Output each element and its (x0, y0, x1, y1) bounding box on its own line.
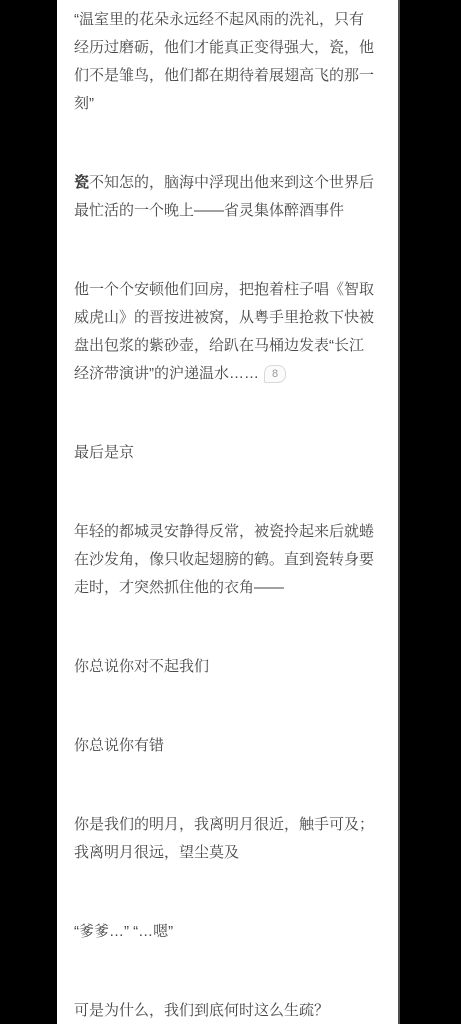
paragraph-text: 不知怎的，脑海中浮现出他来到这个世界后最忙活的一个晚上——省灵集体醉酒事件 (74, 174, 374, 219)
paragraph: 可是为什么，我们到底何时这么生疏？ (74, 997, 376, 1024)
paragraph-text: 年轻的都城灵安静得反常，被瓷拎起来后就蜷在沙发角，像只收起翅膀的鹤。直到瓷转身要… (74, 523, 374, 596)
paragraph-text: 你总说你对不起我们 (74, 658, 209, 675)
paragraph: “温室里的花朵永远经不起风雨的洗礼，只有经历过磨砺，他们才能真正变得强大，瓷，他… (74, 6, 376, 118)
paragraph: 你总说你对不起我们 (74, 653, 376, 681)
paragraph: 你总说你有错 (74, 732, 376, 760)
paragraph: 年轻的都城灵安静得反常，被瓷拎起来后就蜷在沙发角，像只收起翅膀的鹤。直到瓷转身要… (74, 518, 376, 602)
paragraph: 你是我们的明月，我离明月很近，触手可及；我离明月很远，望尘莫及 (74, 811, 376, 867)
paragraph: 他一个个安顿他们回房，把抱着柱子唱《智取威虎山》的晋按进被窝，从粤手里抢救下快被… (74, 276, 376, 388)
paragraph: 瓷不知怎的，脑海中浮现出他来到这个世界后最忙活的一个晚上——省灵集体醉酒事件 (74, 169, 376, 225)
paragraph-text: 可是为什么，我们到底何时这么生疏？ (74, 1002, 329, 1019)
paragraph-text: 你总说你有错 (74, 737, 164, 754)
paragraph-text: “爹爹…” “…嗯” (74, 923, 173, 940)
paragraph: 最后是京 (74, 439, 376, 467)
chapter-text: “温室里的花朵永远经不起风雨的洗礼，只有经历过磨砺，他们才能真正变得强大，瓷，他… (74, 6, 376, 1024)
bold-character-name: 瓷 (74, 174, 89, 191)
paragraph-text: 最后是京 (74, 444, 134, 461)
letterbox-background: “温室里的花朵永远经不起风雨的洗礼，只有经历过磨砺，他们才能真正变得强大，瓷，他… (0, 0, 461, 1024)
paragraph-text: “温室里的花朵永远经不起风雨的洗礼，只有经历过磨砺，他们才能真正变得强大，瓷，他… (74, 11, 374, 112)
paragraph: “爹爹…” “…嗯” (74, 918, 376, 946)
paragraph-text: 你是我们的明月，我离明月很近，触手可及；我离明月很远，望尘莫及 (74, 816, 374, 861)
comment-count-badge[interactable]: 8 (264, 365, 286, 383)
paragraph-text: 他一个个安顿他们回房，把抱着柱子唱《智取威虎山》的晋按进被窝，从粤手里抢救下快被… (74, 281, 374, 382)
reader-page[interactable]: “温室里的花朵永远经不起风雨的洗礼，只有经历过磨砺，他们才能真正变得强大，瓷，他… (57, 0, 400, 1024)
